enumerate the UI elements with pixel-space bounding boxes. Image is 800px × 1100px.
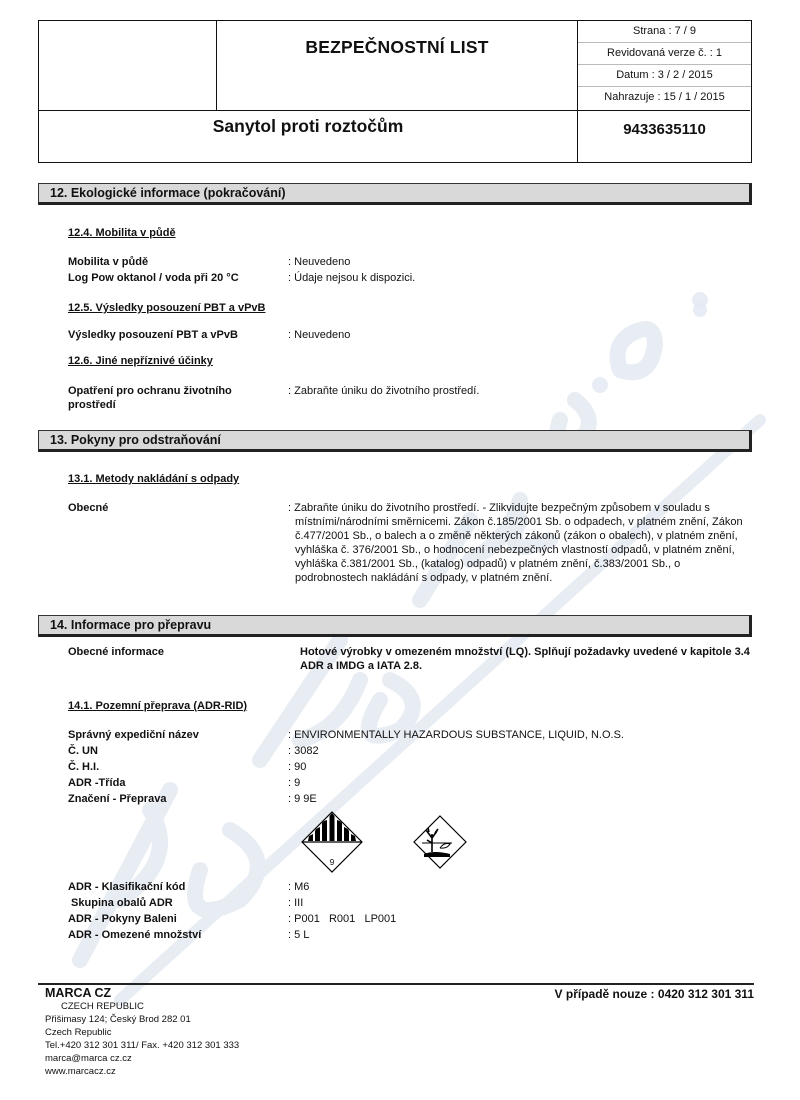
label: Skupina obalů ADR — [68, 896, 283, 910]
label: Výsledky posouzení PBT a vPvB — [68, 328, 283, 342]
subsection-12-5-title: 12.5. Výsledky posouzení PBT a vPvB — [68, 302, 265, 314]
label: ADR - Klasifikační kód — [68, 880, 283, 894]
product-code: 9433635110 — [577, 111, 751, 161]
company-email: marca@marca cz.cz — [45, 1052, 239, 1065]
value: Neuvedeno — [288, 255, 758, 269]
value: 90 — [288, 760, 758, 774]
page-number: Strana : 7 / 9 — [578, 21, 751, 43]
value: Neuvedeno — [288, 328, 758, 342]
revision-date: Datum : 3 / 2 / 2015 — [578, 65, 751, 87]
label: Obecné — [68, 501, 283, 515]
label: Opatření pro ochranu životního prostředí — [68, 384, 268, 412]
safety-data-sheet-page: BEZPEČNOSTNÍ LIST Strana : 7 / 9 Revidov… — [0, 0, 800, 1100]
label: Správný expediční název — [68, 728, 283, 742]
subsection-12-4-title: 12.4. Mobilita v půdě — [68, 227, 176, 239]
company-phone: Tel.+420 312 301 311/ Fax. +420 312 301 … — [45, 1039, 239, 1052]
label: Log Pow oktanol / voda při 20 °C — [68, 271, 283, 285]
document-header: BEZPEČNOSTNÍ LIST Strana : 7 / 9 Revidov… — [38, 20, 752, 163]
value: 3082 — [288, 744, 758, 758]
subsection-13-1-title: 13.1. Metody nakládání s odpady — [68, 473, 239, 485]
company-country-2: Czech Republic — [45, 1026, 239, 1039]
footer-divider — [38, 983, 754, 985]
revision-version: Revidovaná verze č. : 1 — [578, 43, 751, 65]
section-14-header: 14. Informace pro přepravu — [38, 615, 752, 637]
label: ADR - Pokyny Baleni — [68, 912, 283, 926]
emergency-phone: V případě nouze : 0420 312 301 311 — [555, 987, 754, 1001]
value: 9 — [288, 776, 758, 790]
replaces-date: Nahrazuje : 15 / 1 / 2015 — [578, 87, 751, 109]
logo-cell — [39, 21, 217, 110]
class-9-miscellaneous-hazard-icon: 9 — [300, 810, 364, 874]
label: Č. H.I. — [68, 760, 283, 774]
value: Zabraňte úniku do životního prostředí. -… — [288, 501, 750, 585]
value: Údaje nejsou k dispozici. — [288, 271, 758, 285]
value: 5 L — [288, 928, 758, 942]
document-title: BEZPEČNOSTNÍ LIST — [217, 21, 577, 110]
value: 9 9E — [288, 792, 758, 806]
value: ENVIRONMENTALLY HAZARDOUS SUBSTANCE, LIQ… — [288, 728, 758, 742]
label: Mobilita v půdě — [68, 255, 283, 269]
section-12-header: 12. Ekologické informace (pokračování) — [38, 183, 752, 205]
label: Obecné informace — [68, 645, 283, 659]
company-country: CZECH REPUBLIC — [45, 1000, 239, 1013]
product-name: Sanytol proti roztočům — [39, 111, 577, 161]
value: P001 R001 LP001 — [288, 912, 758, 926]
subsection-14-1-title: 14.1. Pozemní přeprava (ADR-RID) — [68, 700, 247, 712]
label: Č. UN — [68, 744, 283, 758]
label: ADR -Třída — [68, 776, 283, 790]
company-website: www.marcacz.cz — [45, 1065, 239, 1078]
environmental-hazard-icon — [408, 810, 472, 874]
footer-company-info: MARCA CZ CZECH REPUBLIC Přišimasy 124; Č… — [45, 986, 239, 1078]
value: Hotové výrobky v omezeném množství (LQ).… — [300, 645, 750, 673]
value: III — [288, 896, 758, 910]
label: ADR - Omezené množství — [68, 928, 283, 942]
value: M6 — [288, 880, 758, 894]
value: Zabraňte úniku do životního prostředí. — [288, 384, 758, 398]
svg-text:9: 9 — [330, 858, 335, 867]
company-address: Přišimasy 124; Český Brod 282 01 — [45, 1013, 239, 1026]
subsection-12-6-title: 12.6. Jiné nepříznivé účinky — [68, 355, 213, 367]
section-13-header: 13. Pokyny pro odstraňování — [38, 430, 752, 452]
company-name: MARCA CZ — [45, 986, 239, 1000]
label: Značení - Přeprava — [68, 792, 283, 806]
